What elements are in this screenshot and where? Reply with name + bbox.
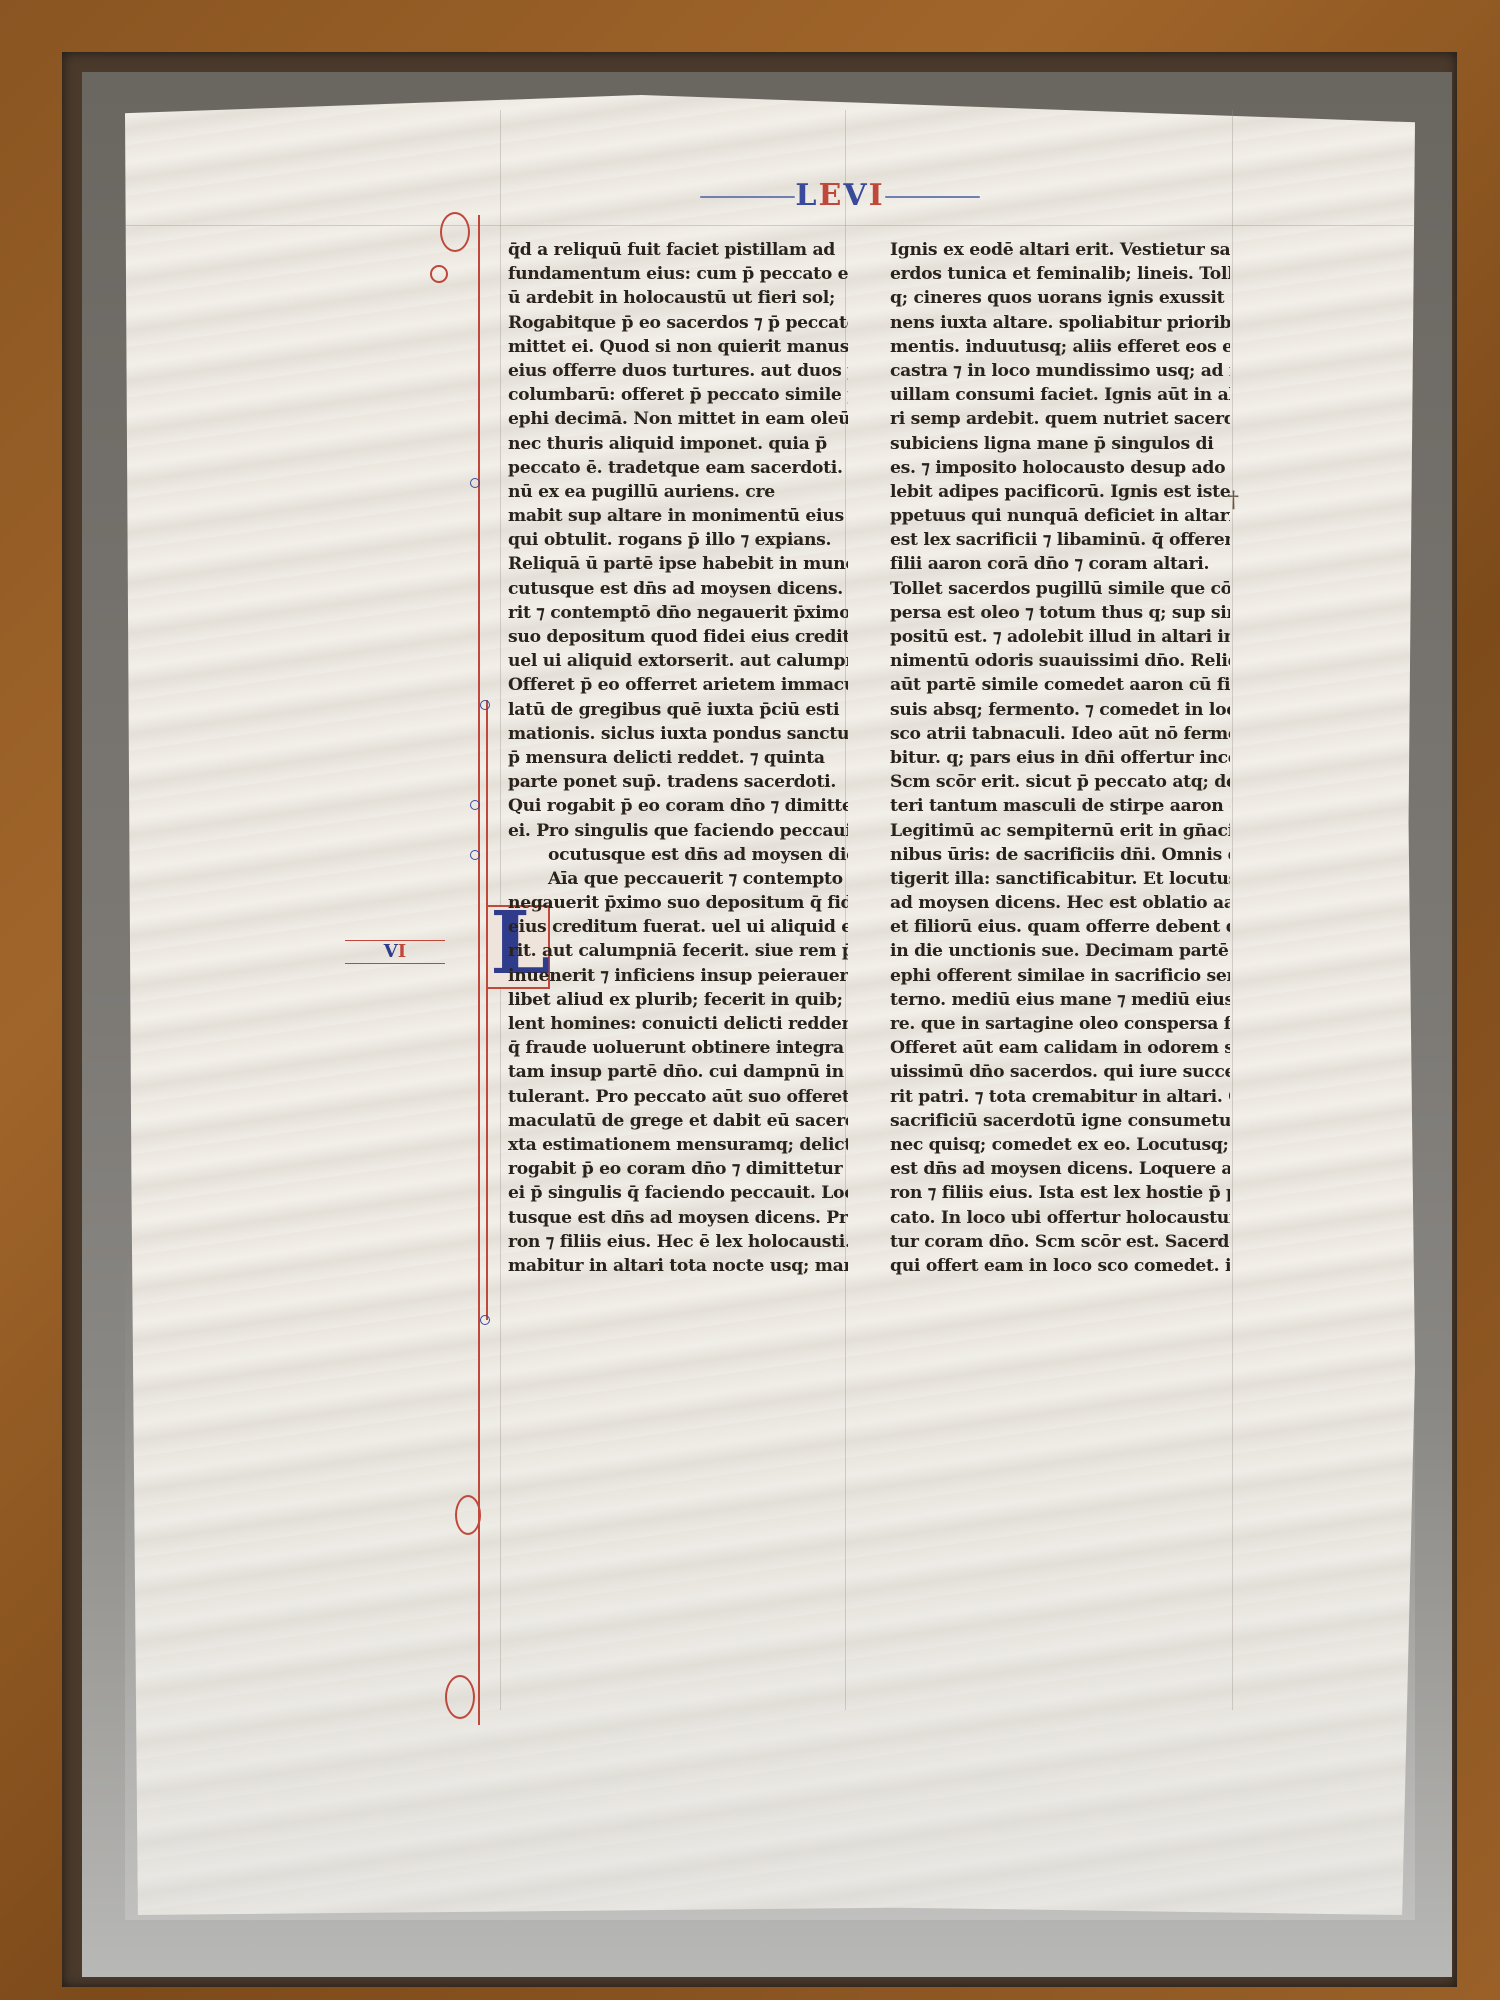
text-line: nimentū odoris suauissimi dn̄o. Reliq; (890, 649, 1230, 673)
text-line: positū est. ⁊ adolebit illud in altari i… (890, 625, 1230, 649)
text-line: cutusque est dn̄s ad moysen dicens. Aīa … (508, 577, 848, 601)
text-line: columbarū: offeret p̄ peccato simile par… (508, 383, 848, 407)
chapter-letter: V (384, 941, 398, 962)
header-flourish-right (885, 196, 980, 198)
text-line: q; cineres quos uorans ignis exussit ⁊ p… (890, 286, 1230, 310)
border-flourish-icon (445, 1675, 475, 1719)
text-line: inuenerit ⁊ inficiens insup peierauerit … (508, 964, 848, 988)
text-line: rit patri. ⁊ tota cremabitur in altari. … (890, 1085, 1230, 1109)
text-line: mationis. siclus iuxta pondus sanctuarii (508, 722, 848, 746)
text-line: qui offert eam in loco sco comedet. in (890, 1254, 1230, 1278)
text-line: ephi decimā. Non mittet in eam oleū. (508, 407, 848, 431)
text-line: nec quisq; comedet ex eo. Locutusq; (890, 1133, 1230, 1157)
text-column-left: q̄d a reliquū fuit faciet pistillam ad f… (508, 238, 848, 1278)
text-line: qui obtulit. rogans p̄ illo ⁊ expians. (508, 528, 848, 552)
text-line: sacrificiū sacerdotū igne consumetur. (890, 1109, 1230, 1133)
text-line: mabitur in altari tota nocte usq; mane. (508, 1254, 848, 1278)
text-line: persa est oleo ⁊ totum thus q; sup simil… (890, 601, 1230, 625)
text-line: tam insup partē dn̄o. cui dampnū in (508, 1060, 848, 1084)
chapter-number: VI (345, 940, 445, 964)
text-line: Rogabitque p̄ eo sacerdos ⁊ p̄ peccato e… (508, 311, 848, 335)
border-flourish-icon (470, 800, 480, 810)
text-line: mentis. induutusq; aliis efferet eos ext… (890, 335, 1230, 359)
text-line: uillam consumi faciet. Ignis aūt in alta (890, 383, 1230, 407)
text-line: nū ex ea pugillū auriens. cre (508, 480, 848, 504)
text-line: terno. mediū eius mane ⁊ mediū eius uesp… (890, 988, 1230, 1012)
text-line: ad moysen dicens. Hec est oblatio aarō (890, 891, 1230, 915)
border-flourish-icon (430, 265, 448, 283)
text-line: rit ⁊ contemptō dn̄o negauerit p̄ximo (508, 601, 848, 625)
text-line: lebit adipes pacificorū. Ignis est iste (890, 480, 1230, 504)
text-line: p̄ mensura delicti reddet. ⁊ quinta (508, 746, 848, 770)
text-line: Qui rogabit p̄ eo coram dn̄o ⁊ dimittet (508, 794, 848, 818)
text-line: tigerit illa: sanctificabitur. Et locutu… (890, 867, 1230, 891)
text-line: subiciens ligna mane p̄ singulos di (890, 432, 1230, 456)
text-line: eius creditum fuerat. uel ui aliquid ext… (508, 915, 848, 939)
text-line: rogabit p̄ eo coram dn̄o ⁊ dimittetur (508, 1157, 848, 1181)
text-line: teri tantum masculi de stirpe aaron come… (890, 794, 1230, 818)
header-letter: E (818, 178, 843, 213)
text-line: suo depositum quod fidei eius creditum f… (508, 625, 848, 649)
text-line: erdos tunica et feminalib; lineis. Tolle… (890, 262, 1230, 286)
text-line: ū ardebit in holocaustū ut fieri sol; (508, 286, 848, 310)
border-flourish-icon (470, 850, 480, 860)
text-line: lent homines: conuicti delicti reddent o… (508, 1012, 848, 1036)
text-line: Offeret p̄ eo offerret arietem immacu (508, 673, 848, 697)
text-line: castra ⁊ in loco mundissimo usq; ad fa (890, 359, 1230, 383)
text-line: xta estimationem mensuramq; delicti. Qui (508, 1133, 848, 1157)
text-line: nec thuris aliquid imponet. quia p̄ (508, 432, 848, 456)
text-line: mittet ei. Quod si non quierit manus (508, 335, 848, 359)
text-line: bitur. q; pars eius in dn̄i offertur inc… (890, 746, 1230, 770)
text-line: sco atrii tabnaculi. Ideo aūt nō ferment… (890, 722, 1230, 746)
text-line: in die unctionis sue. Decimam partē (890, 939, 1230, 963)
border-flourish-icon (480, 1315, 490, 1325)
header-letter: V (843, 178, 868, 213)
text-line: est dn̄s ad moysen dicens. Loquere aa (890, 1157, 1230, 1181)
text-line: parte ponet sup̄. tradens sacerdoti. (508, 770, 848, 794)
text-line: tur coram dn̄o. Scm scōr est. Sacerdos (890, 1230, 1230, 1254)
text-line: tusque est dn̄s ad moysen dicens. Precip… (508, 1206, 848, 1230)
text-line: ephi offerent similae in sacrificio semp… (890, 964, 1230, 988)
text-line: Ignis ex eodē altari erit. Vestietur sac (890, 238, 1230, 262)
text-line: ei p̄ singulis q̄ faciendo peccauit. Loc… (508, 1181, 848, 1205)
text-line: ron ⁊ filiis eius. Hec ē lex holocausti.… (508, 1230, 848, 1254)
border-flourish-icon (480, 700, 490, 710)
text-line: uel ui aliquid extorserit. aut calumpnia… (508, 649, 848, 673)
text-line: Scm scōr erit. sicut p̄ peccato atq; del… (890, 770, 1230, 794)
text-line: Offeret aūt eam calidam in odorem sua (890, 1036, 1230, 1060)
text-line: suis absq; fermento. ⁊ comedet in loco (890, 698, 1230, 722)
text-line: aūt partē simile comedet aaron cū filiis (890, 673, 1230, 697)
text-line: et filiorū eius. quam offerre debent dn̄… (890, 915, 1230, 939)
text-line: libet aliud ex plurib; fecerit in quib; … (508, 988, 848, 1012)
text-line: ocutusque est dn̄s ad moysen dicens. (508, 843, 848, 867)
text-line: nens iuxta altare. spoliabitur prioribus… (890, 311, 1230, 335)
text-line: es. ⁊ imposito holocausto desup ado (890, 456, 1230, 480)
text-line: peccato ē. tradetque eam sacerdoti. Qui … (508, 456, 848, 480)
text-line: rit. aut calumpniā fecerit. siue rem p̄d… (508, 939, 848, 963)
text-line: filii aaron corā dn̄o ⁊ coram altari. (890, 552, 1230, 576)
border-flourish-icon (440, 212, 470, 252)
column-ruling (1232, 110, 1233, 1710)
header-flourish-left (700, 196, 795, 198)
text-line: maculatū de grege et dabit eū sacerdoti … (508, 1109, 848, 1133)
text-line: q̄ fraude uoluerunt obtinere integra ⁊ q… (508, 1036, 848, 1060)
text-line: Reliquā ū partē ipse habebit in munere l… (508, 552, 848, 576)
text-line: nibus ūris: de sacrificiis dn̄i. Omnis q… (890, 843, 1230, 867)
text-line: Legitimū ac sempiternū erit in gn̄acio (890, 819, 1230, 843)
text-line: ei. Pro singulis que faciendo peccauit. (508, 819, 848, 843)
border-flourish-icon (455, 1495, 481, 1535)
text-line: uissimū dn̄o sacerdos. qui iure successe (890, 1060, 1230, 1084)
border-flourish-icon (470, 478, 480, 488)
text-line: tulerant. Pro peccato aūt suo offeret ar… (508, 1085, 848, 1109)
text-line: ron ⁊ filiis eius. Ista est lex hostie p… (890, 1181, 1230, 1205)
header-letter: L (795, 178, 818, 213)
chapter-letter: I (398, 941, 406, 962)
text-line: latū de gregibus quē iuxta p̄ciū esti (508, 698, 848, 722)
text-line: ri semp ardebit. quem nutriet sacerdos (890, 407, 1230, 431)
running-title: LEVI (795, 178, 884, 213)
text-line: cato. In loco ubi offertur holocaustum i… (890, 1206, 1230, 1230)
text-line: mabit sup altare in monimentū eius (508, 504, 848, 528)
text-line: eius offerre duos turtures. aut duos pul… (508, 359, 848, 383)
running-header: LEVI (700, 178, 980, 238)
penwork-border (486, 700, 488, 1320)
text-line: negauerit p̄ximo suo depositum q̄ fidei (508, 891, 848, 915)
text-line: ppetuus qui nunquā deficiet in altari. I… (890, 504, 1230, 528)
text-line: est lex sacrificii ⁊ libaminū. q̄ offere… (890, 528, 1230, 552)
header-letter: I (869, 178, 885, 213)
text-line: Aīa que peccauerit ⁊ contempto dn̄o (508, 867, 848, 891)
text-line: re. que in sartagine oleo conspersa frig… (890, 1012, 1230, 1036)
text-line: q̄d a reliquū fuit faciet pistillam ad (508, 238, 848, 262)
text-column-right: Ignis ex eodē altari erit. Vestietur sac… (890, 238, 1230, 1278)
text-line: fundamentum eius: cum p̄ peccato est. Al… (508, 262, 848, 286)
text-line: Tollet sacerdos pugillū simile que cōs (890, 577, 1230, 601)
